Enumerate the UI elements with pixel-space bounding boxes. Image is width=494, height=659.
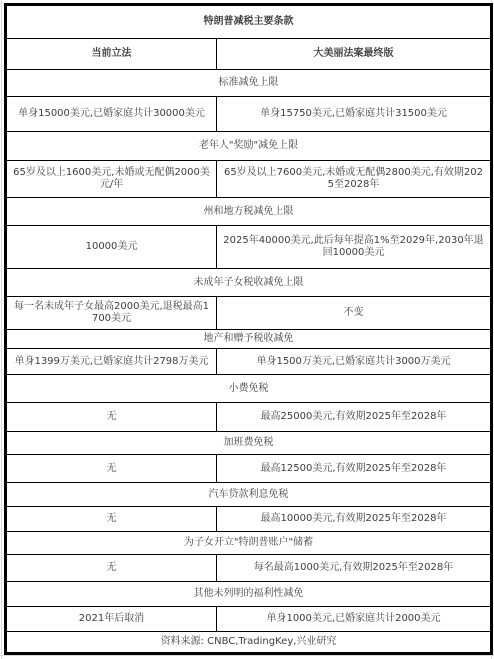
section-header: 标准减免上限 [6,70,492,97]
section-header: 老年人"奖励"减免上限 [6,132,492,161]
table-row: 无 最高10000美元,有效期2025年至2028年 [6,507,492,532]
table-row: 老年人"奖励"减免上限 [6,132,492,161]
cell-final: 2025年40000美元,此后每年提高1%至2029年,2030年退回10000… [217,226,492,269]
column-header-current: 当前立法 [6,39,217,70]
sheet-gridline-bottom [0,655,494,656]
section-header: 汽车贷款利息免税 [6,483,492,507]
cell-current: 无 [6,507,217,532]
cell-current: 无 [6,403,217,432]
sheet-gridline-left [1,0,2,659]
section-header: 加班费免税 [6,432,492,455]
table-row: 65岁及以上1600美元,未婚或无配偶2000美元/年 65岁及以上7600美元… [6,161,492,198]
section-header: 小费免税 [6,375,492,403]
section-header: 为子女开立"特朗普账户"储蓄 [6,532,492,555]
cell-final: 单身1000美元,已婚家庭共计2000美元 [217,607,492,632]
table-row: 无 每名最高1000美元,有效期2025年至2028年 [6,555,492,582]
table-row: 特朗普减税主要条款 [6,5,492,39]
cell-current: 65岁及以上1600美元,未婚或无配偶2000美元/年 [6,161,217,198]
table-row: 未成年子女税收减免上限 [6,269,492,297]
cell-current: 每一名未成年子女最高2000美元,退税最高1700美元 [6,297,217,330]
table-row: 2021年后取消 单身1000美元,已婚家庭共计2000美元 [6,607,492,632]
table-row: 资料来源: CNBC,TradingKey,兴业研究 [6,632,492,654]
cell-current: 无 [6,555,217,582]
section-header: 未成年子女税收减免上限 [6,269,492,297]
section-header: 其他未列明的福利性减免 [6,582,492,607]
table-row: 10000美元 2025年40000美元,此后每年提高1%至2029年,2030… [6,226,492,269]
table-title: 特朗普减税主要条款 [6,5,492,39]
table-row: 州和地方税减免上限 [6,198,492,226]
section-header: 地产和赠予税收减免 [6,330,492,349]
table-row: 单身1399万美元,已婚家庭共计2798万美元 单身1500万美元,已婚家庭共计… [6,349,492,375]
table-row: 汽车贷款利息免税 [6,483,492,507]
table-row: 单身15000美元,已婚家庭共计30000美元 单身15750美元,已婚家庭共计… [6,97,492,132]
table-row: 当前立法 大美丽法案最终版 [6,39,492,70]
cell-final: 最高25000美元,有效期2025年至2028年 [217,403,492,432]
column-header-final: 大美丽法案最终版 [217,39,492,70]
source-note: 资料来源: CNBC,TradingKey,兴业研究 [6,632,492,654]
table-row: 地产和赠予税收减免 [6,330,492,349]
section-header: 州和地方税减免上限 [6,198,492,226]
cell-final: 不变 [217,297,492,330]
cell-final: 最高10000美元,有效期2025年至2028年 [217,507,492,532]
table-row: 加班费免税 [6,432,492,455]
cell-final: 65岁及以上7600美元,未婚或无配偶2800美元,有效期2025至2028年 [217,161,492,198]
table-row: 每一名未成年子女最高2000美元,退税最高1700美元 不变 [6,297,492,330]
table-row: 无 最高12500美元,有效期2025年至2028年 [6,455,492,483]
cell-current: 无 [6,455,217,483]
table-row: 无 最高25000美元,有效期2025年至2028年 [6,403,492,432]
table-row: 为子女开立"特朗普账户"储蓄 [6,532,492,555]
cell-final: 每名最高1000美元,有效期2025年至2028年 [217,555,492,582]
cell-current: 10000美元 [6,226,217,269]
cell-current: 单身1399万美元,已婚家庭共计2798万美元 [6,349,217,375]
table-row: 其他未列明的福利性减免 [6,582,492,607]
cell-final: 单身1500万美元,已婚家庭共计3000万美元 [217,349,492,375]
cell-final: 单身15750美元,已婚家庭共计31500美元 [217,97,492,132]
cell-current: 2021年后取消 [6,607,217,632]
table-row: 小费免税 [6,375,492,403]
spreadsheet-canvas: 特朗普减税主要条款 当前立法 大美丽法案最终版 标准减免上限 单身15000美元… [0,0,494,659]
table-row: 标准减免上限 [6,70,492,97]
tax-provisions-table: 特朗普减税主要条款 当前立法 大美丽法案最终版 标准减免上限 单身15000美元… [4,3,493,655]
cell-final: 最高12500美元,有效期2025年至2028年 [217,455,492,483]
cell-current: 单身15000美元,已婚家庭共计30000美元 [6,97,217,132]
